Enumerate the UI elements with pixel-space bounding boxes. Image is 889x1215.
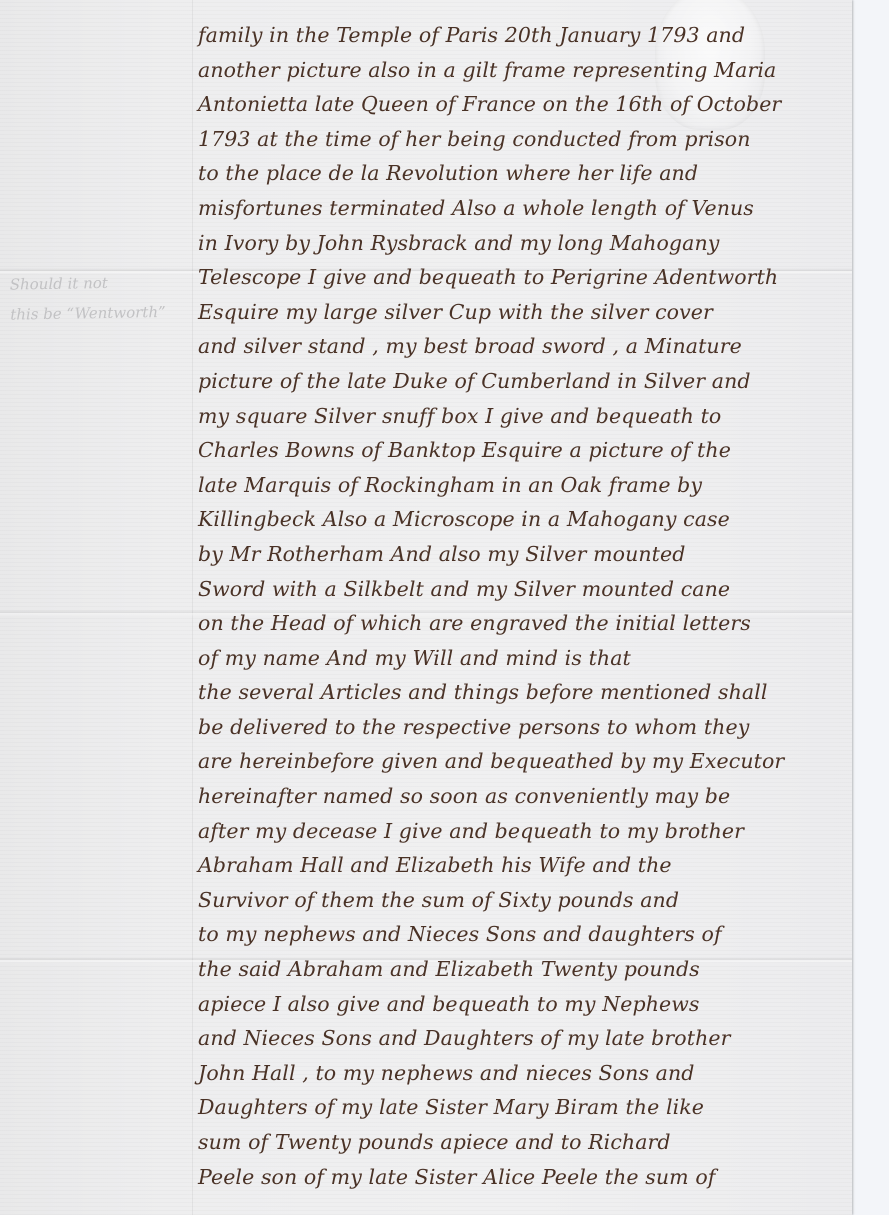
text-line: of my name And my Will and mind is that: [198, 635, 852, 670]
text-line: after my decease I give and bequeath to …: [198, 808, 852, 843]
text-line: picture of the late Duke of Cumberland i…: [198, 358, 852, 393]
text-line: Sword with a Silkbelt and my Silver moun…: [198, 566, 852, 601]
text-line: Daughters of my late Sister Mary Biram t…: [198, 1084, 852, 1119]
text-line: Survivor of them the sum of Sixty pounds…: [198, 877, 852, 912]
text-line: on the Head of which are engraved the in…: [198, 600, 852, 635]
text-line: John Hall , to my nephews and nieces Son…: [198, 1050, 852, 1085]
text-line: Charles Bowns of Banktop Esquire a pictu…: [198, 427, 852, 462]
text-line: 1793 at the time of her being conducted …: [198, 116, 852, 151]
text-line: in Ivory by John Rysbrack and my long Ma…: [198, 220, 852, 255]
margin-note-line: this be “Wentworth”: [10, 296, 195, 329]
pencil-margin-note: Should it not this be “Wentworth”: [9, 266, 195, 329]
handwritten-text-body: family in the Temple of Paris 20th Janua…: [198, 12, 852, 1188]
text-line: Killingbeck Also a Microscope in a Mahog…: [198, 496, 852, 531]
text-line: Esquire my large silver Cup with the sil…: [198, 289, 852, 324]
text-line: are hereinbefore given and bequeathed by…: [198, 738, 852, 773]
text-line: to my nephews and Nieces Sons and daught…: [198, 911, 852, 946]
text-line: sum of Twenty pounds apiece and to Richa…: [198, 1119, 852, 1154]
text-line: and Nieces Sons and Daughters of my late…: [198, 1015, 852, 1050]
text-line: Antonietta late Queen of France on the 1…: [198, 81, 852, 116]
text-line: apiece I also give and bequeath to my Ne…: [198, 981, 852, 1016]
text-line: misfortunes terminated Also a whole leng…: [198, 185, 852, 220]
text-line: family in the Temple of Paris 20th Janua…: [198, 12, 852, 47]
manuscript-page: Should it not this be “Wentworth” family…: [0, 0, 852, 1215]
margin-note-line: Should it not: [9, 266, 194, 299]
text-line: Telescope I give and bequeath to Perigri…: [198, 254, 852, 289]
text-line: my square Silver snuff box I give and be…: [198, 393, 852, 428]
text-line: the several Articles and things before m…: [198, 669, 852, 704]
text-line: by Mr Rotherham And also my Silver mount…: [198, 531, 852, 566]
margin-rule: [192, 0, 193, 1215]
text-line: late Marquis of Rockingham in an Oak fra…: [198, 462, 852, 497]
text-line: the said Abraham and Elizabeth Twenty po…: [198, 946, 852, 981]
text-line: to the place de la Revolution where her …: [198, 150, 852, 185]
text-line: Peele son of my late Sister Alice Peele …: [198, 1154, 852, 1189]
text-line: Abraham Hall and Elizabeth his Wife and …: [198, 842, 852, 877]
text-line: and silver stand , my best broad sword ,…: [198, 323, 852, 358]
text-line: another picture also in a gilt frame rep…: [198, 47, 852, 82]
text-line: be delivered to the respective persons t…: [198, 704, 852, 739]
text-line: hereinafter named so soon as convenientl…: [198, 773, 852, 808]
